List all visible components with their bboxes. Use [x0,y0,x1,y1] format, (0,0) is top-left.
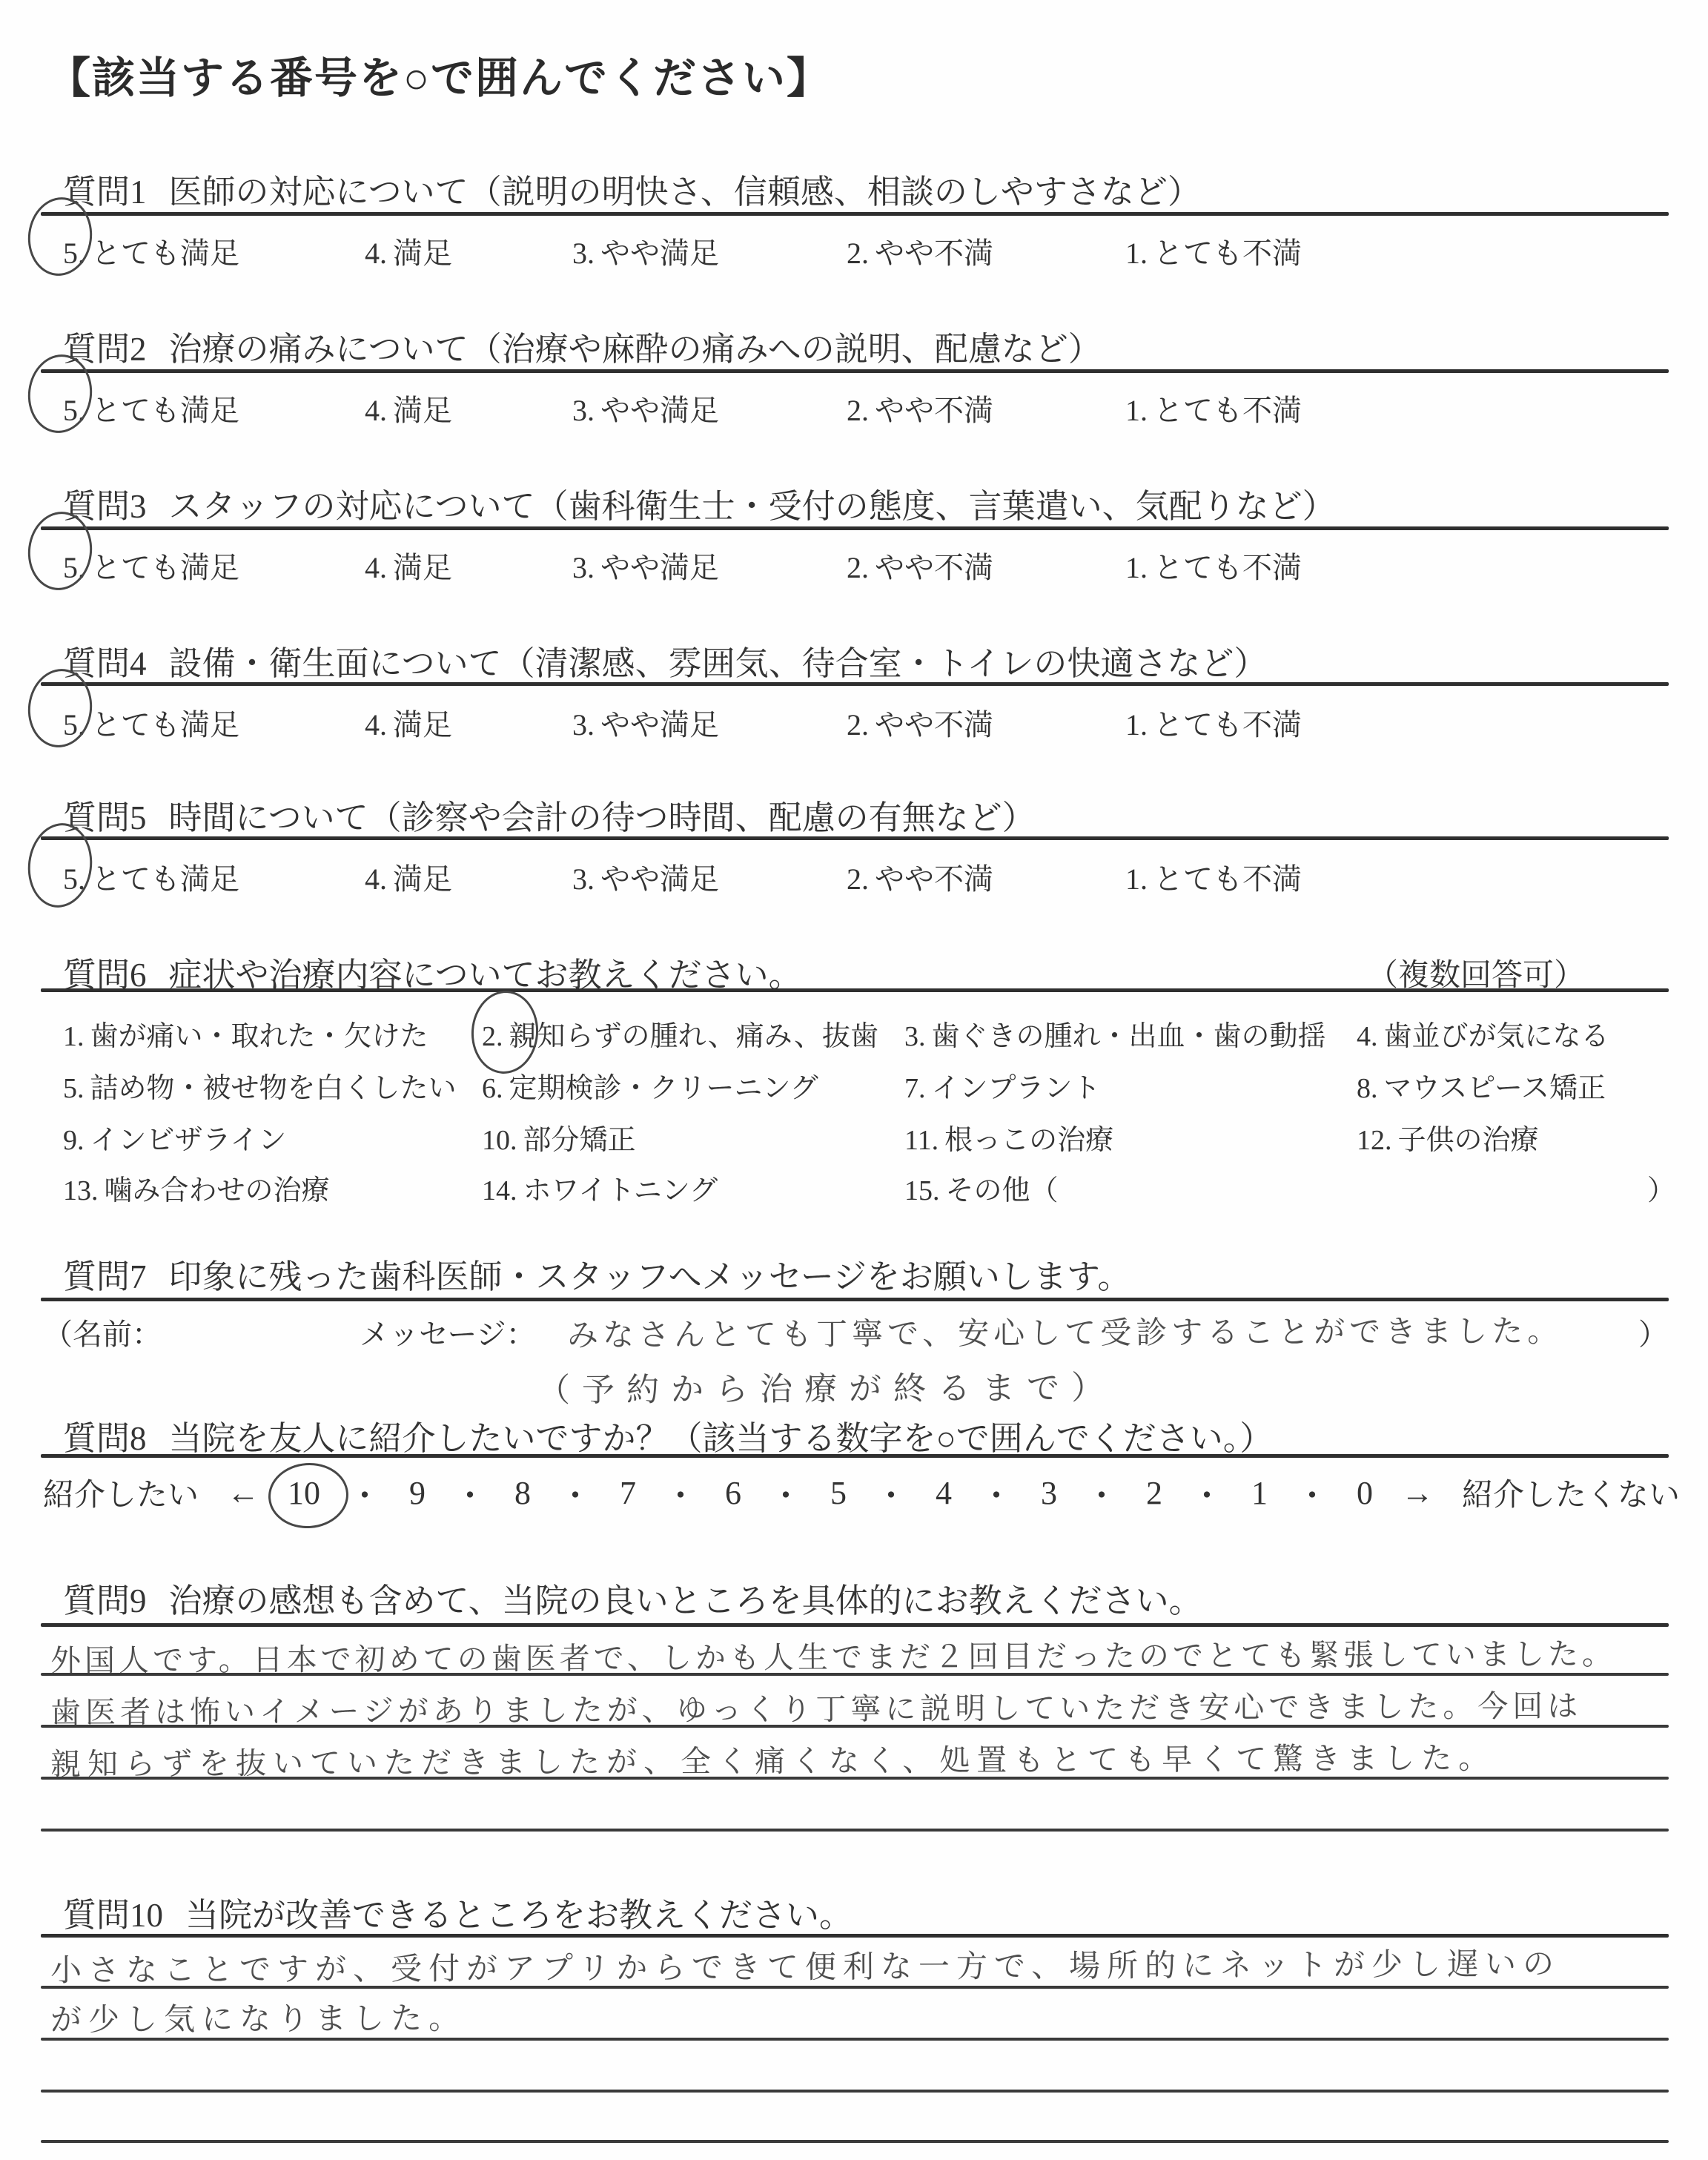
rating-option-2: 2.やや不満 [847,230,993,272]
option-number: 1. [1125,551,1148,584]
dot-separator: ・ [1085,1469,1118,1516]
question-8-heading: 質問8当院を友人に紹介したいですか？（該当する数字を○で囲んでください。） [63,1411,1273,1459]
symptom-option-11: 11.根っこの治療 [904,1117,1113,1157]
option-number: 4. [365,708,387,742]
option-label: とても不満 [1153,394,1302,427]
rating-option-4: 4.満足 [365,544,452,587]
symptom-option-6: 6.定期検診・クリーニング [482,1065,818,1106]
option-label: やや不満 [875,237,993,270]
option-label: やや満足 [600,862,719,896]
question-6: 質問6症状や治療内容についてお教えください。 （複数回答可） 1.歯が痛い・取れ… [0,948,1708,1244]
handwritten-circle-mark [266,1460,351,1530]
rating-option-3: 3.やや満足 [572,856,719,898]
option-number: 4. [365,551,387,584]
rating-option-2: 2.やや不満 [847,701,993,744]
question-1-heading: 質問1医師の対応について（説明の明快さ、信頼感、相談のしやすさなど） [63,165,1201,213]
rating-option-1: 1.とても不満 [1125,856,1302,898]
option-number: 4. [365,394,387,427]
question-5-heading: 質問5時間について（診察や会計の待つ時間、配慮の有無など） [63,790,1036,839]
handwritten-message: みなさんとても丁寧で、安心して受診することができました。 [567,1307,1563,1355]
option-label: 満足 [393,394,452,427]
option-label: 噛み合わせの治療 [105,1175,330,1206]
scale-number-5: 5 [830,1474,847,1512]
option-number: 1. [1125,237,1148,270]
rating-option-2: 2.やや不満 [847,856,993,898]
option-label: とても不満 [1153,708,1302,742]
option-label: やや不満 [875,862,993,896]
option-label: とても満足 [91,394,239,427]
option-number: 1. [1125,862,1148,896]
rating-option-4: 4.満足 [365,856,452,898]
question-1-options: 5.とても満足 4.満足 3.やや満足 2.やや不満 1.とても不満 [0,230,1708,274]
form-title: 【該当する番号を○で囲んでください】 [47,43,831,105]
question-2-options: 5.とても満足 4.満足 3.やや満足 2.やや不満 1.とても不満 [0,387,1708,432]
option-number: 10. [482,1125,517,1156]
rating-option-2: 2.やや不満 [847,387,993,429]
question-5-options: 5.とても満足 4.満足 3.やや満足 2.やや不満 1.とても不満 [0,856,1708,900]
option-label: とても満足 [91,862,239,896]
question-9-number: 質問9 [63,1582,147,1619]
scale-number-0: 0 [1357,1474,1373,1512]
divider-line [41,369,1669,373]
symptom-option-4: 4.歯並びが気になる [1357,1013,1609,1054]
question-9-heading: 質問9治療の感想も含めて、当院の良いところを具体的にお教えください。 [63,1573,1202,1622]
question-1: 質問1医師の対応について（説明の明快さ、信頼感、相談のしやすさなど） 5.とても… [0,165,1708,291]
option-number: 1. [1125,708,1148,742]
option-number: 3. [572,708,595,742]
question-4-heading: 質問4設備・衛生面について（清潔感、雰囲気、待合室・トイレの快適さなど） [63,636,1267,684]
dot-separator: ・ [348,1469,381,1516]
handwritten-answer-line: 小さなことですが、受付がアプリからできて便利な一方で、場所的にネットが少し遅いの [50,1940,1560,1991]
question-3-text: スタッフの対応について（歯科衛生士・受付の態度、言葉遣い、気配りなど） [169,488,1336,525]
option-number: 12. [1357,1125,1392,1156]
answer-line [41,1829,1669,1832]
divider-line [41,836,1669,840]
handwritten-circle-mark [469,988,541,1076]
option-label: 歯が痛い・取れた・欠けた [90,1021,428,1052]
option-number: 11. [904,1125,939,1156]
option-number: 5. [63,1073,85,1104]
symptom-option-9: 9.インビザライン [63,1117,286,1157]
rating-option-4: 4.満足 [365,230,452,272]
symptom-option-8: 8.マウスピース矯正 [1357,1065,1606,1106]
symptom-option-7: 7.インプラント [904,1065,1101,1106]
divider-line [41,1454,1669,1458]
scale-number-10: 10 [288,1474,320,1512]
option-number: 3. [572,862,595,896]
option-number: 2. [847,551,869,584]
question-8-text: 当院を友人に紹介したいですか？（該当する数字を○で囲んでください。） [169,1420,1274,1457]
option-label: インビザライン [90,1125,287,1156]
answer-line [41,1777,1669,1780]
symptom-option-13: 13.噛み合わせの治療 [63,1167,330,1208]
question-10: 質問10当院が改善できるところをお教えください。 小さなことですが、受付がアプリ… [0,1888,1708,2155]
recommend-scale: 紹介したい ← 10 ・ 9 ・ 8 ・ 7 ・ 6 ・ 5 ・ 4 ・ 3 ・… [43,1469,1680,1516]
option-number: 4. [365,237,387,270]
option-number: 7. [904,1073,926,1104]
answer-line [41,2038,1669,2041]
answer-line [41,2090,1669,2093]
option-number: 3. [904,1021,926,1052]
option-label: とても満足 [91,708,239,742]
rating-option-3: 3.やや満足 [572,387,719,429]
option-label: やや不満 [875,551,993,584]
option-number: 9. [63,1125,85,1156]
option-label: マウスピース矯正 [1384,1073,1606,1104]
option-label: 詰め物・被せ物を白くしたい [90,1073,457,1104]
option-label: とても満足 [91,237,239,270]
scale-right-label: 紹介したくない [1462,1470,1680,1515]
question-8-number: 質問8 [63,1420,147,1457]
rating-option-2: 2.やや不満 [847,544,993,587]
option-number: 2. [847,237,869,270]
option-label: やや不満 [875,708,993,742]
option-label: 部分矯正 [523,1125,636,1156]
option-label: 親知らずの腫れ、痛み、抜歯 [509,1021,879,1052]
option-number: 3. [572,237,595,270]
rating-option-4: 4.満足 [365,387,452,429]
rating-option-1: 1.とても不満 [1125,701,1302,744]
dot-separator: ・ [769,1469,802,1516]
dot-separator: ・ [454,1469,486,1516]
option-number: 4. [1357,1021,1378,1052]
scale-number-9: 9 [409,1474,426,1512]
option-number: 2. [847,708,869,742]
question-7: 質問7印象に残った歯科医師・スタッフへメッセージをお願いします。 （名前： メッ… [0,1249,1708,1413]
rating-option-3: 3.やや満足 [572,230,719,272]
option-label: やや不満 [875,394,993,427]
option-label: やや満足 [600,237,719,270]
dot-separator: ・ [875,1469,907,1516]
scale-number-1: 1 [1251,1474,1268,1512]
symptom-option-1: 1.歯が痛い・取れた・欠けた [63,1013,428,1054]
symptom-option-12: 12.子供の治療 [1357,1117,1539,1157]
option-number: 13. [63,1175,99,1206]
scale-number-4: 4 [936,1474,952,1512]
option-label: 歯並びが気になる [1384,1021,1609,1052]
divider-line [41,988,1669,992]
question-3-options: 5.とても満足 4.満足 3.やや満足 2.やや不満 1.とても不満 [0,544,1708,589]
option-number: 6. [482,1073,503,1104]
option-number: 2. [847,862,869,896]
option-label: とても満足 [91,551,239,584]
rating-option-3: 3.やや満足 [572,701,719,744]
question-10-number: 質問10 [63,1897,163,1934]
option-label: インプラント [932,1073,1101,1104]
dot-separator: ・ [559,1469,592,1516]
question-4-options: 5.とても満足 4.満足 3.やや満足 2.やや不満 1.とても不満 [0,701,1708,746]
option-number: 14. [482,1175,517,1206]
other-close-paren: ） [1647,1167,1675,1208]
option-label: とても不満 [1153,237,1302,270]
question-5: 質問5時間について（診察や会計の待つ時間、配慮の有無など） 5.とても満足 4.… [0,790,1708,916]
question-2-heading: 質問2治療の痛みについて（治療や麻酔の痛みへの説明、配慮など） [63,322,1102,370]
rating-option-1: 1.とても不満 [1125,544,1302,587]
rating-option-1: 1.とても不満 [1125,387,1302,429]
divider-line [41,1623,1669,1627]
option-label: とても不満 [1153,551,1302,584]
rating-option-3: 3.やや満足 [572,544,719,587]
scanned-survey-form: 【該当する番号を○で囲んでください】 質問1医師の対応について（説明の明快さ、信… [0,0,1708,2160]
divider-line [41,526,1669,530]
scale-number-2: 2 [1146,1474,1162,1512]
scale-number-8: 8 [514,1474,531,1512]
question-4: 質問4設備・衛生面について（清潔感、雰囲気、待合室・トイレの快適さなど） 5.と… [0,636,1708,762]
question-9-text: 治療の感想も含めて、当院の良いところを具体的にお教えください。 [169,1582,1202,1619]
scale-number-7: 7 [620,1474,636,1512]
question-5-text: 時間について（診察や会計の待つ時間、配慮の有無など） [169,799,1036,836]
divider-line [41,1298,1669,1301]
divider-line [41,212,1669,216]
rating-option-4: 4.満足 [365,701,452,744]
option-number: 15. [904,1175,940,1206]
option-label: 子供の治療 [1398,1125,1539,1156]
question-7-heading: 質問7印象に残った歯科医師・スタッフへメッセージをお願いします。 [63,1249,1131,1298]
option-label: 満足 [393,862,452,896]
option-number: 3. [572,551,595,584]
question-3: 質問3スタッフの対応について（歯科衛生士・受付の態度、言葉遣い、気配りなど） 5… [0,479,1708,605]
option-label: 定期検診・クリーニング [509,1073,818,1104]
option-label: その他（ [946,1175,1059,1206]
question-1-text: 医師の対応について（説明の明快さ、信頼感、相談のしやすさなど） [169,174,1201,211]
option-number: 1. [1125,394,1148,427]
answer-line [41,1725,1669,1728]
scale-number-3: 3 [1041,1474,1057,1512]
name-field-label: （名前： [43,1311,162,1353]
left-arrow-icon: ← [227,1474,259,1512]
symptom-option-15: 15.その他（ [904,1167,1059,1208]
question-2-text: 治療の痛みについて（治療や麻酔の痛みへの説明、配慮など） [169,331,1102,368]
symptom-option-5: 5.詰め物・被せ物を白くしたい [63,1065,457,1106]
message-field-label: メッセージ： [360,1311,536,1353]
option-label: とても不満 [1153,862,1302,896]
option-number: 8. [1357,1073,1378,1104]
divider-line [41,682,1669,686]
question-3-heading: 質問3スタッフの対応について（歯科衛生士・受付の態度、言葉遣い、気配りなど） [63,479,1336,527]
option-label: 満足 [393,708,452,742]
option-number: 1. [63,1021,85,1052]
option-label: やや満足 [600,551,719,584]
close-paren: ） [1638,1311,1668,1353]
symptom-option-3: 3.歯ぐきの腫れ・出血・歯の動揺 [904,1013,1326,1054]
symptom-option-14: 14.ホワイトニング [482,1167,718,1208]
option-label: 根っこの治療 [944,1125,1113,1156]
question-4-text: 設備・衛生面について（清潔感、雰囲気、待合室・トイレの快適さなど） [169,645,1268,682]
symptom-option-10: 10.部分矯正 [482,1117,636,1157]
option-label: やや満足 [600,394,719,427]
option-label: やや満足 [600,708,719,742]
option-number: 4. [365,862,387,896]
rating-option-1: 1.とても不満 [1125,230,1302,272]
dot-separator: ・ [980,1469,1013,1516]
symptom-option-2: 2.親知らずの腫れ、痛み、抜歯 [482,1013,878,1054]
scale-left-label: 紹介したい [43,1470,199,1515]
answer-line [41,1986,1669,1989]
question-10-text: 当院が改善できるところをお教えください。 [185,1897,853,1934]
scale-number-6: 6 [725,1474,741,1512]
dot-separator: ・ [1191,1469,1223,1516]
handwritten-answer-line: が少し気になりました。 [50,1994,466,2040]
dot-separator: ・ [664,1469,697,1516]
divider-line [41,1934,1669,1938]
option-label: 満足 [393,551,452,584]
right-arrow-icon: → [1401,1474,1434,1512]
question-2: 質問2治療の痛みについて（治療や麻酔の痛みへの説明、配慮など） 5.とても満足 … [0,322,1708,448]
question-8: 質問8当院を友人に紹介したいですか？（該当する数字を○で囲んでください。） 紹介… [0,1411,1708,1530]
handwritten-note: （予約から治療が終るまで） [537,1361,1116,1410]
question-9: 質問9治療の感想も含めて、当院の良いところを具体的にお教えください。 外国人です… [0,1573,1708,1840]
option-label: ホワイトニング [523,1175,718,1206]
option-label: 満足 [393,237,452,270]
answer-line [41,2140,1669,2143]
option-label: 歯ぐきの腫れ・出血・歯の動揺 [932,1021,1326,1052]
dot-separator: ・ [1296,1469,1328,1516]
answer-line [41,1673,1669,1676]
question-7-text: 印象に残った歯科医師・スタッフへメッセージをお願いします。 [169,1258,1131,1295]
question-10-heading: 質問10当院が改善できるところをお教えください。 [63,1888,853,1936]
option-number: 3. [572,394,595,427]
option-number: 2. [847,394,869,427]
question-7-number: 質問7 [63,1258,147,1295]
